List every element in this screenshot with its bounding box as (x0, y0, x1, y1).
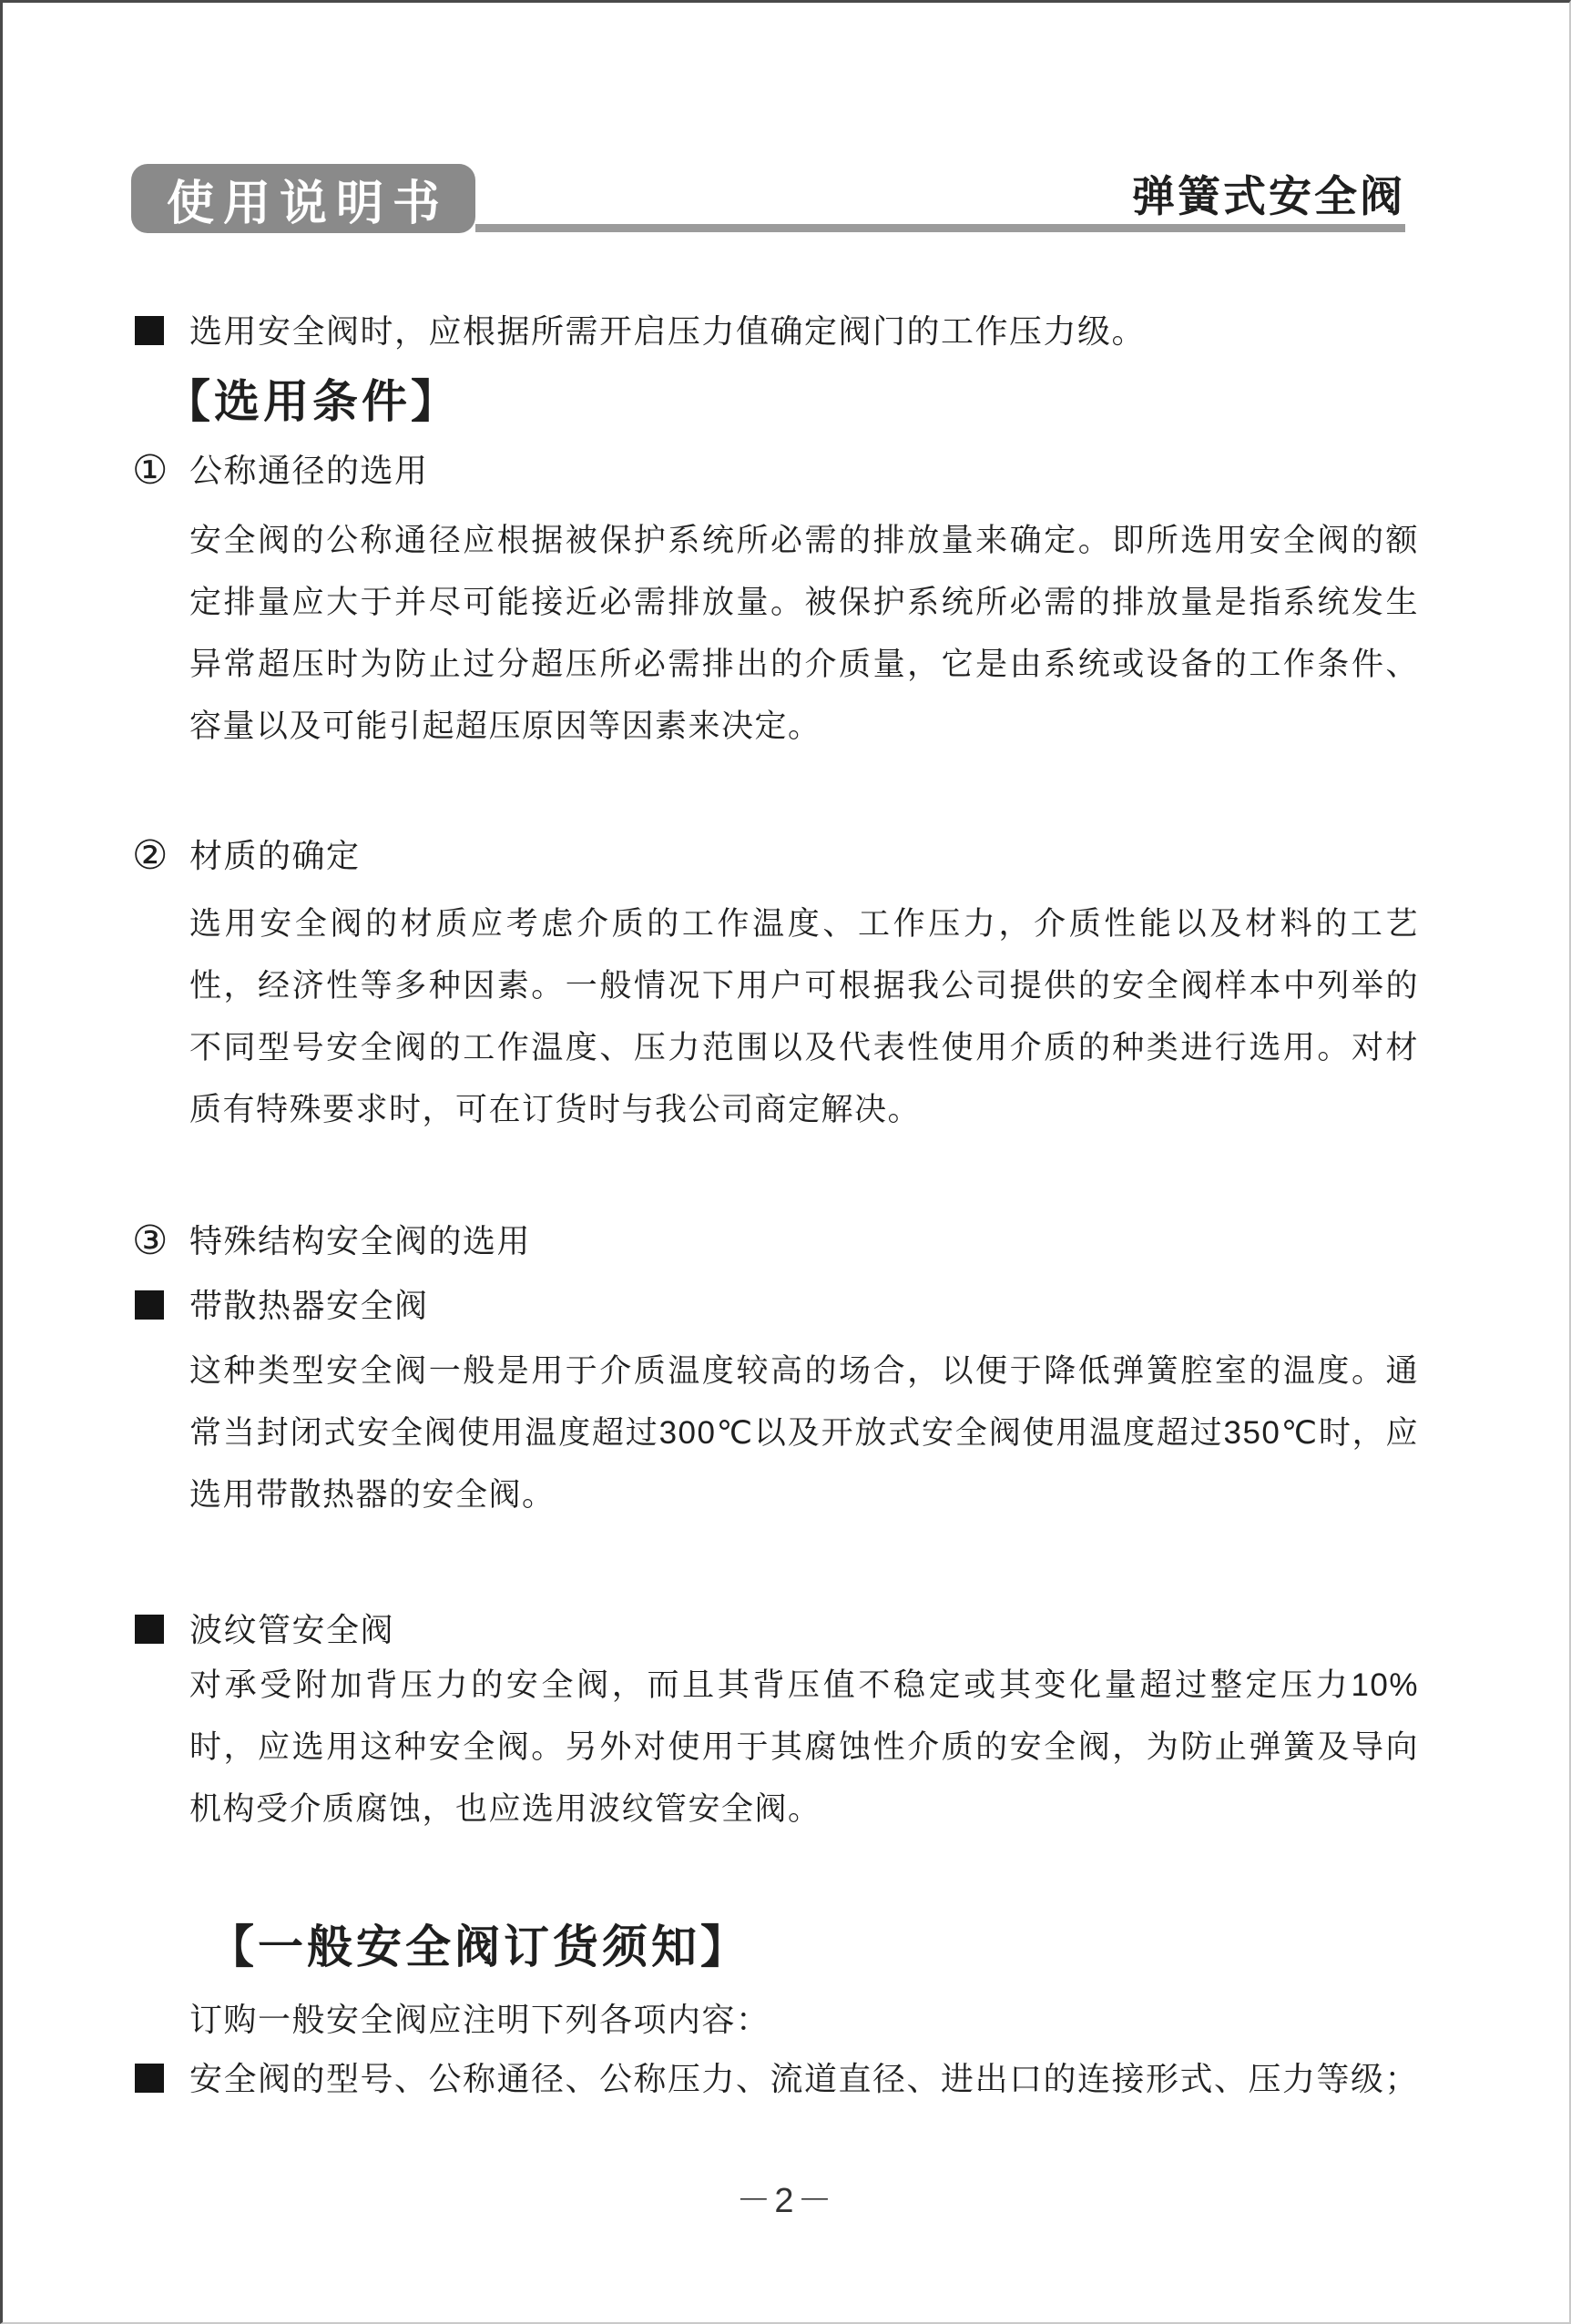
special2-row: 波纹管安全阀 (132, 1609, 1419, 1651)
ordering-heading: 【一般安全阀订货须知】 (209, 1920, 750, 1974)
ordering-item-row: 安全阀的型号、公称通径、公称压力、流道直径、进出口的连接形式、压力等级； (132, 2058, 1419, 2100)
item1-row: ① 公称通径的选用 (132, 450, 1419, 492)
marker-column (132, 1285, 189, 1320)
item3-row: ③ 特殊结构安全阀的选用 (132, 1220, 1419, 1262)
special2-title: 波纹管安全阀 (189, 1609, 394, 1651)
item2-title: 材质的确定 (189, 835, 361, 877)
page-title: 弹簧式安全阀 (1132, 175, 1405, 218)
ordering-intro: 订购一般安全阀应注明下列各项内容： (189, 1999, 1419, 2041)
special2-paragraph: 对承受附加背压力的安全阀，而且其背压值不稳定或其变化量超过整定压力10%时，应选… (189, 1655, 1419, 1840)
page-number: －2－ (3, 2172, 1569, 2222)
item2-paragraph: 选用安全阀的材质应考虑介质的工作温度、工作压力，介质性能以及材料的工艺性，经济性… (189, 893, 1419, 1141)
item1-paragraph: 安全阀的公称通径应根据被保护系统所必需的排放量来确定。即所选用安全阀的额定排量应… (189, 510, 1419, 758)
intro-bullet-row: 选用安全阀时，应根据所需开启压力值确定阀门的工作压力级。 (132, 311, 1419, 352)
square-bullet-icon (135, 2064, 164, 2093)
marker-column (132, 2058, 189, 2093)
header-badge: 使用说明书 (131, 164, 475, 233)
marker-column (132, 1609, 189, 1644)
square-bullet-icon (135, 316, 164, 345)
circled-number-1-icon: ① (132, 450, 189, 492)
square-bullet-icon (135, 1615, 164, 1644)
header-badge-text: 使用说明书 (158, 165, 449, 233)
item3-title: 特殊结构安全阀的选用 (189, 1220, 531, 1262)
special1-paragraph: 这种类型安全阀一般是用于介质温度较高的场合，以便于降低弹簧腔室的温度。通常当封闭… (189, 1340, 1419, 1526)
circled-number-3-icon: ③ (132, 1220, 189, 1262)
special1-title: 带散热器安全阀 (189, 1285, 429, 1327)
square-bullet-icon (135, 1290, 164, 1320)
ordering-item-text: 安全阀的型号、公称通径、公称压力、流道直径、进出口的连接形式、压力等级； (189, 2058, 1419, 2100)
item1-title: 公称通径的选用 (189, 450, 429, 492)
circled-number-2-icon: ② (132, 835, 189, 877)
special1-row: 带散热器安全阀 (132, 1285, 1419, 1327)
intro-text: 选用安全阀时，应根据所需开启压力值确定阀门的工作压力级。 (189, 311, 1146, 352)
manual-page: 使用说明书 弹簧式安全阀 选用安全阀时，应根据所需开启压力值确定阀门的工作压力级… (0, 0, 1571, 2324)
marker-column (132, 311, 189, 345)
item2-row: ② 材质的确定 (132, 835, 1419, 877)
header-rule (475, 224, 1405, 232)
selection-heading: 【选用条件】 (165, 374, 460, 429)
